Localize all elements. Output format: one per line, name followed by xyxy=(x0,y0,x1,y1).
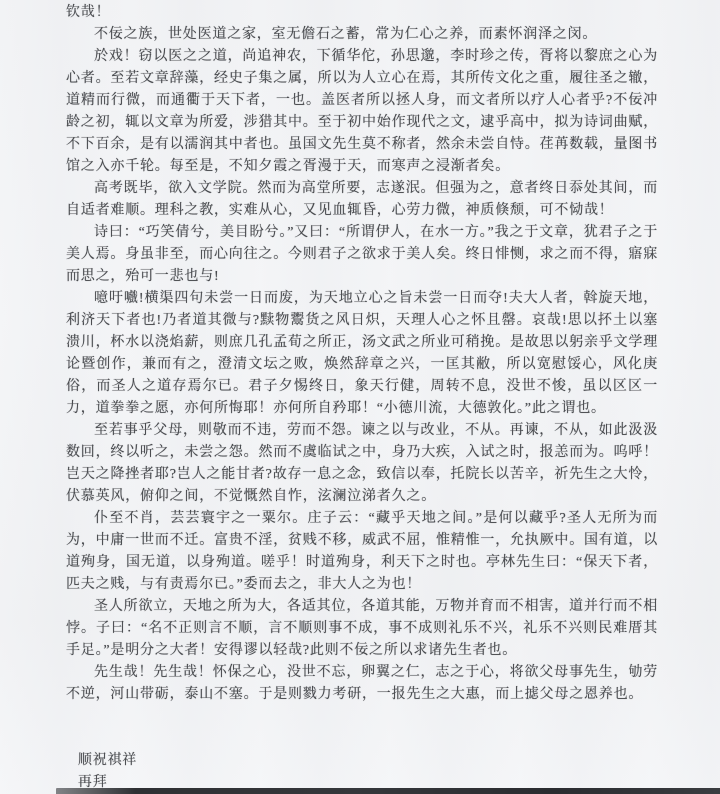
paragraph: 至若事乎父母，则敬而不违，劳而不怨。谏之以与改业，不从。再谏，不从，如此汲汲数回… xyxy=(66,420,658,508)
letter-body: 钦哉！ 不佞之族，世处医道之家，室无儋石之蓄，常为仁心之养，而素怀润泽之闵。 於… xyxy=(66,2,658,794)
paragraph-salute: 钦哉！ xyxy=(66,2,658,24)
paragraph: 於戏！窃以医之之道，尚追神农，下循华佗，孙思邈，李时珍之传，胥将以黎庶之心为心者… xyxy=(66,46,658,178)
paragraph: 先生哉！先生哉！怀保之心，没世不忘，卵翼之仁，志之于心，将欲父母事先生，劬劳不逆… xyxy=(66,662,658,706)
paragraph: 圣人所欲立，天地之所为大，各适其位，各道其能，万物并育而不相害，道并行而不相悖。… xyxy=(66,596,658,662)
paragraph: 高考既毕，欲入文学院。然而为高堂所要，志遂泯。但强为之，意者终日忝处其间，而自适… xyxy=(66,178,658,222)
closing-wish: 顺祝祺祥 xyxy=(78,750,658,772)
scanned-letter-page: 钦哉！ 不佞之族，世处医道之家，室无儋石之蓄，常为仁心之养，而素怀润泽之闵。 於… xyxy=(0,0,720,794)
paragraph: 噫吁嚱!横渠四句未尝一日而废，为天地立心之旨未尝一日而夺!夫大人者，斡旋天地，利… xyxy=(66,288,658,420)
paragraph: 仆至不肖，芸芸寰宇之一粟尔。庄子云：“藏乎天地之间。”是何以藏乎?圣人无所为而为… xyxy=(66,508,658,596)
paragraph: 不佞之族，世处医道之家，室无儋石之蓄，常为仁心之养，而素怀润泽之闵。 xyxy=(66,24,658,46)
scan-edge-artifact xyxy=(56,788,720,794)
paragraph: 诗曰：“巧笑倩兮，美目盼兮。”又曰：“所谓伊人，在水一方。”我之于文章，犹君子之… xyxy=(66,222,658,288)
